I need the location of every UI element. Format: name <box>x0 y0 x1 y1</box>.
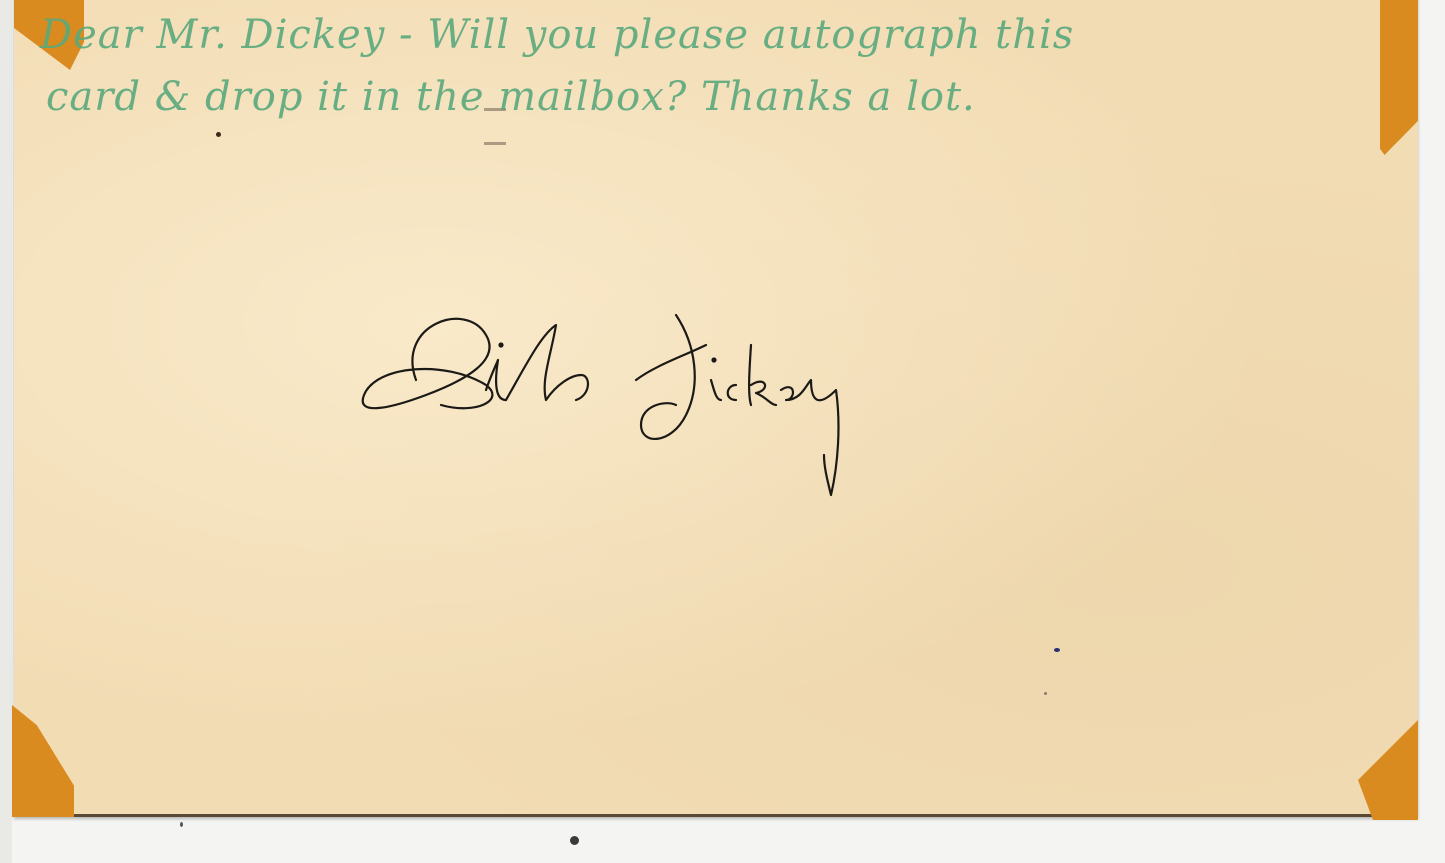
ink-speck <box>1044 692 1047 695</box>
stamp-mark <box>484 142 506 145</box>
ink-speck <box>216 132 221 137</box>
scan-margin <box>0 0 12 863</box>
autograph-signature: Bill Dickey <box>356 305 876 505</box>
signature-stroke-icon <box>356 305 876 505</box>
ink-speck <box>1054 648 1060 652</box>
scan-dust <box>570 836 579 845</box>
scan-dust <box>180 822 183 827</box>
request-note-line-2: card & drop it in the mailbox? Thanks a … <box>40 66 1360 128</box>
request-note-line-1: Dear Mr. Dickey - Will you please autogr… <box>40 4 1360 66</box>
request-note: Dear Mr. Dickey - Will you please autogr… <box>40 4 1360 128</box>
